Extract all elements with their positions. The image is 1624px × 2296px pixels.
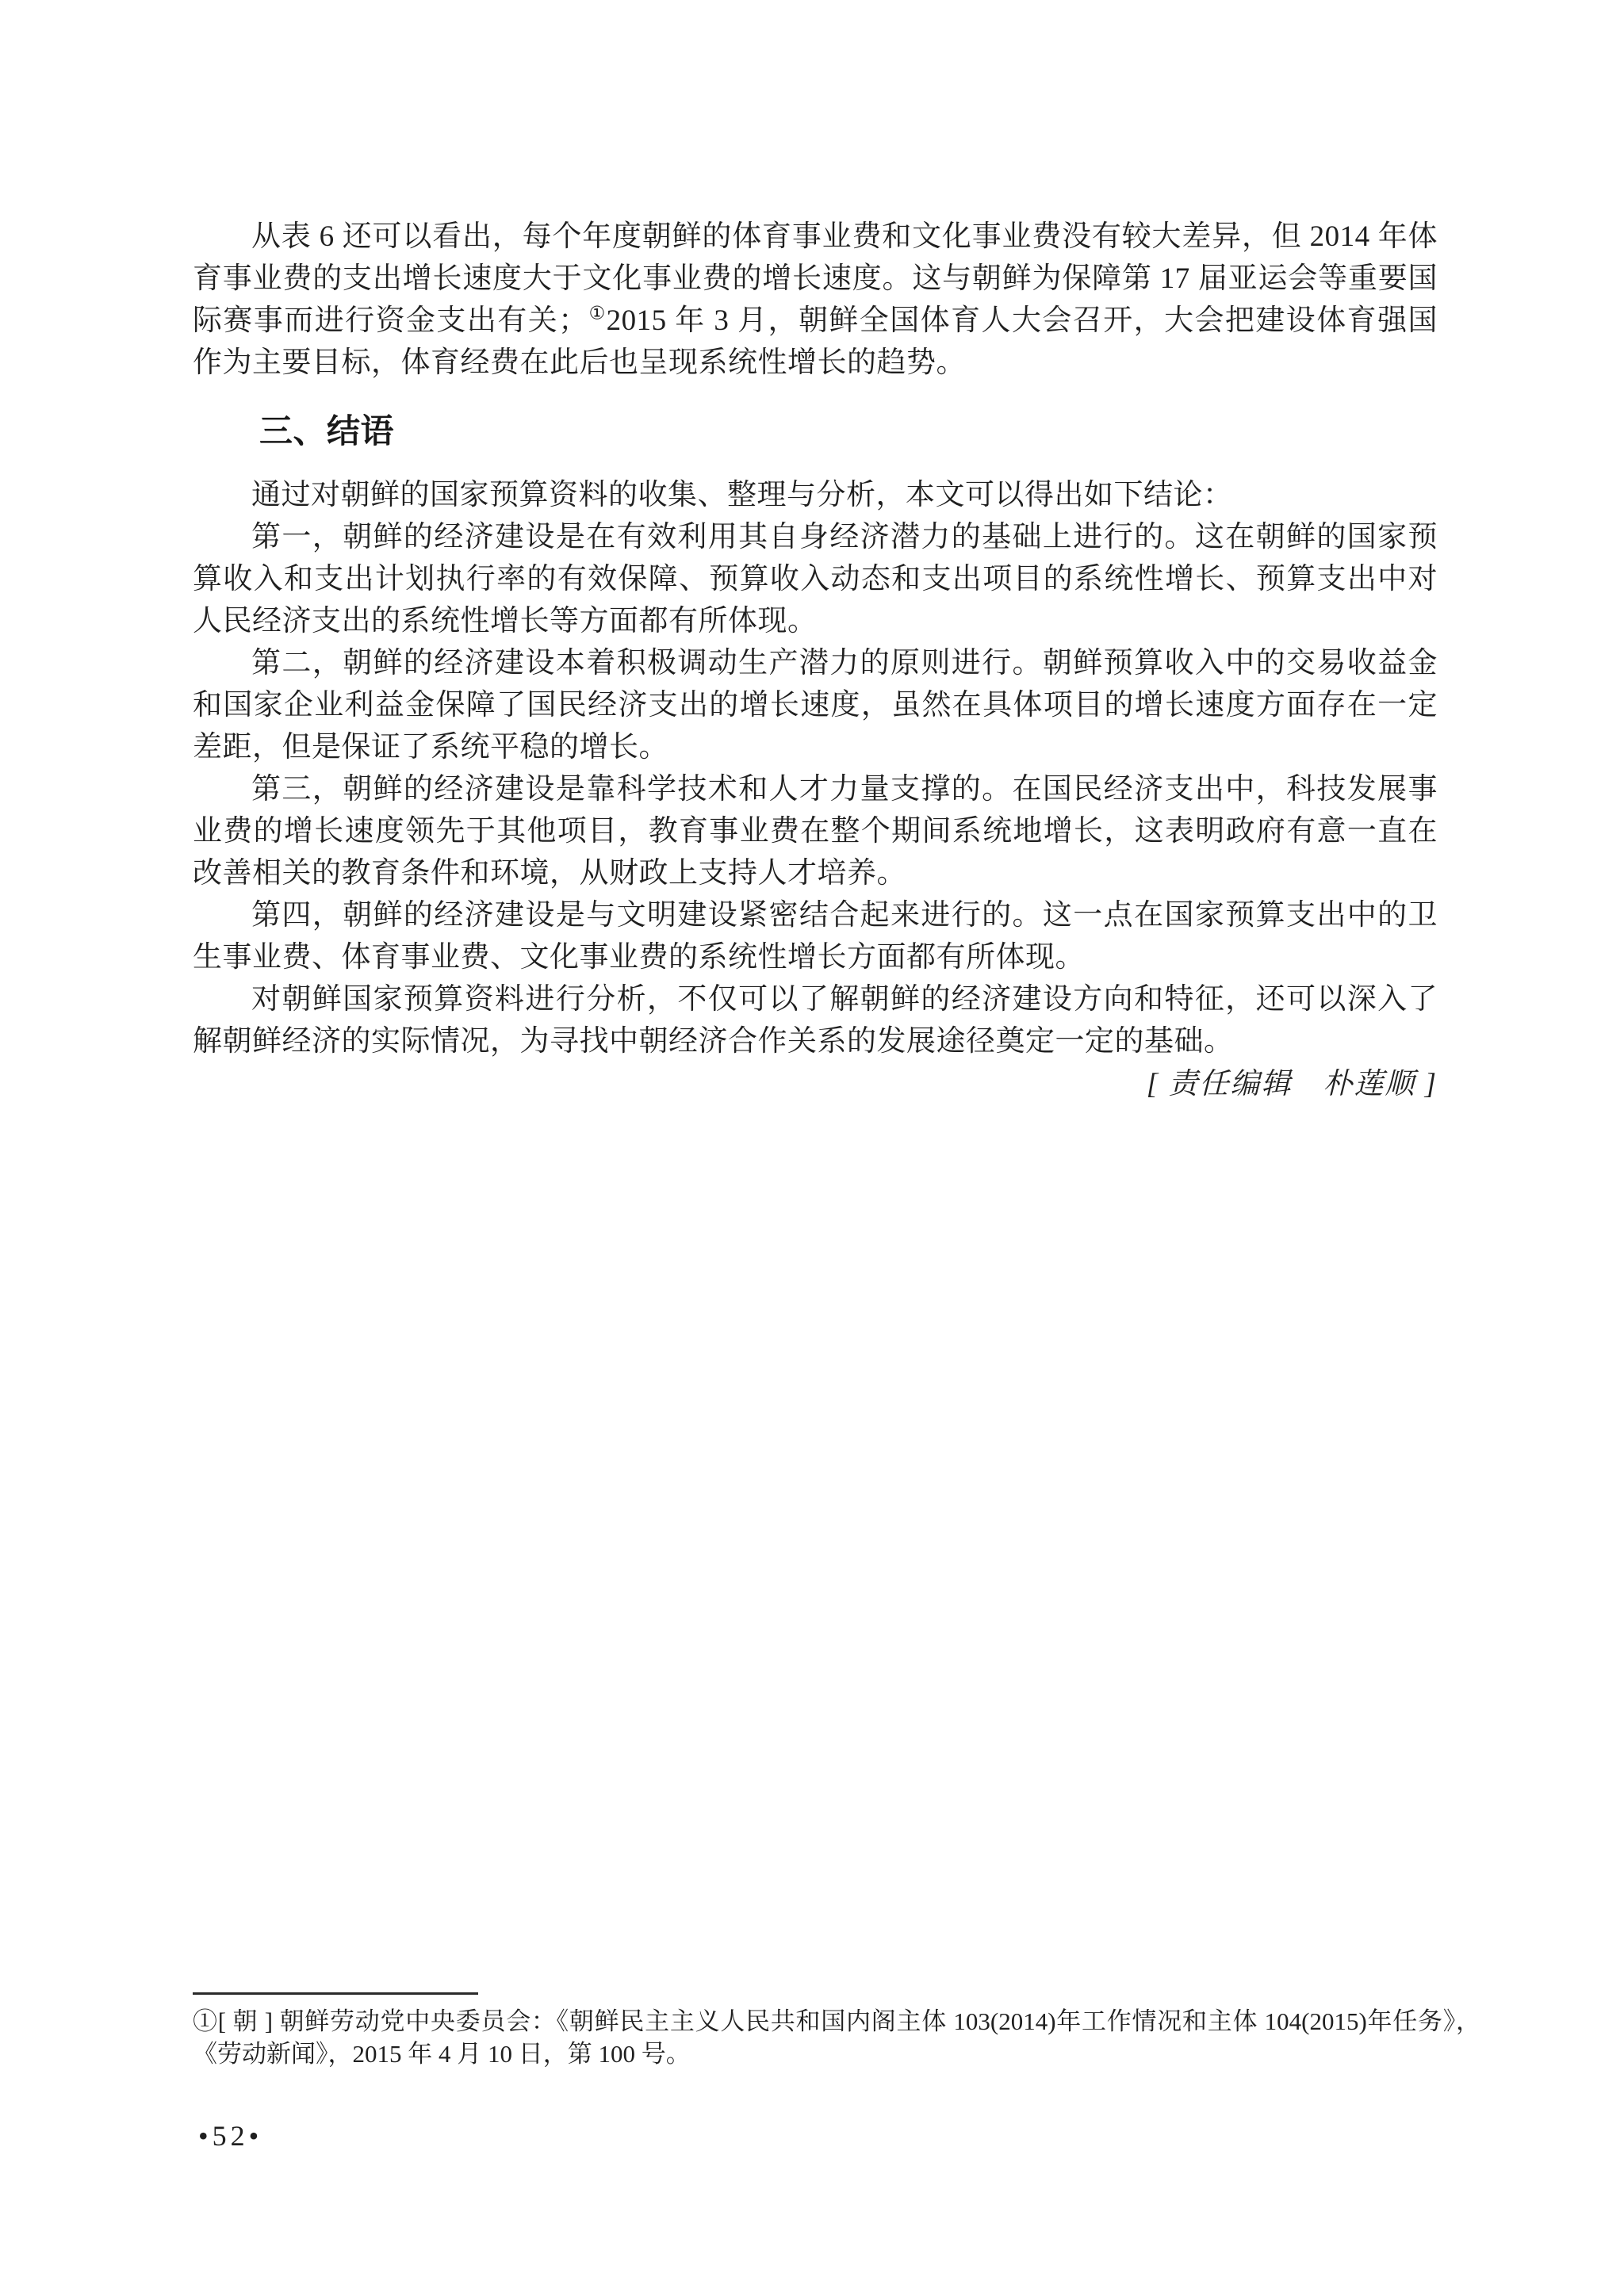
conclusion-paragraph-closing: 对朝鲜国家预算资料进行分析，不仅可以了解朝鲜的经济建设方向和特征，还可以深入了解… — [193, 978, 1438, 1062]
footnote-text: ①[ 朝 ] 朝鲜劳动党中央委员会：《朝鲜民主主义人民共和国内阁主体 103(2… — [193, 2005, 1480, 2070]
conclusion-paragraph-fourth: 第四，朝鲜的经济建设是与文明建设紧密结合起来进行的。这一点在国家预算支出中的卫生… — [193, 894, 1438, 978]
footnote-reference-mark: ① — [588, 304, 607, 323]
conclusion-paragraph-first: 第一，朝鲜的经济建设是在有效利用其自身经济潜力的基础上进行的。这在朝鲜的国家预算… — [193, 516, 1438, 642]
section-heading: 三、结语 — [193, 408, 1438, 455]
editor-note: [ 责任编辑 朴莲顺 ] — [193, 1062, 1438, 1107]
conclusion-paragraph-second: 第二，朝鲜的经济建设本着积极调动生产潜力的原则进行。朝鲜预算收入中的交易收益金和… — [193, 642, 1438, 768]
page-number: •52• — [198, 2118, 262, 2153]
footnote-separator — [193, 1992, 478, 1995]
document-page: 从表 6 还可以看出，每个年度朝鲜的体育事业费和文化事业费没有较大差异，但 20… — [0, 0, 1624, 2296]
article-body: 从表 6 还可以看出，每个年度朝鲜的体育事业费和文化事业费没有较大差异，但 20… — [193, 216, 1438, 1107]
intro-paragraph: 从表 6 还可以看出，每个年度朝鲜的体育事业费和文化事业费没有较大差异，但 20… — [193, 216, 1438, 384]
conclusion-paragraph-lead: 通过对朝鲜的国家预算资料的收集、整理与分析，本文可以得出如下结论： — [193, 474, 1438, 516]
footnote-area: ①[ 朝 ] 朝鲜劳动党中央委员会：《朝鲜民主主义人民共和国内阁主体 103(2… — [193, 1992, 1480, 2070]
conclusion-paragraph-third: 第三，朝鲜的经济建设是靠科学技术和人才力量支撑的。在国民经济支出中，科技发展事业… — [193, 768, 1438, 894]
